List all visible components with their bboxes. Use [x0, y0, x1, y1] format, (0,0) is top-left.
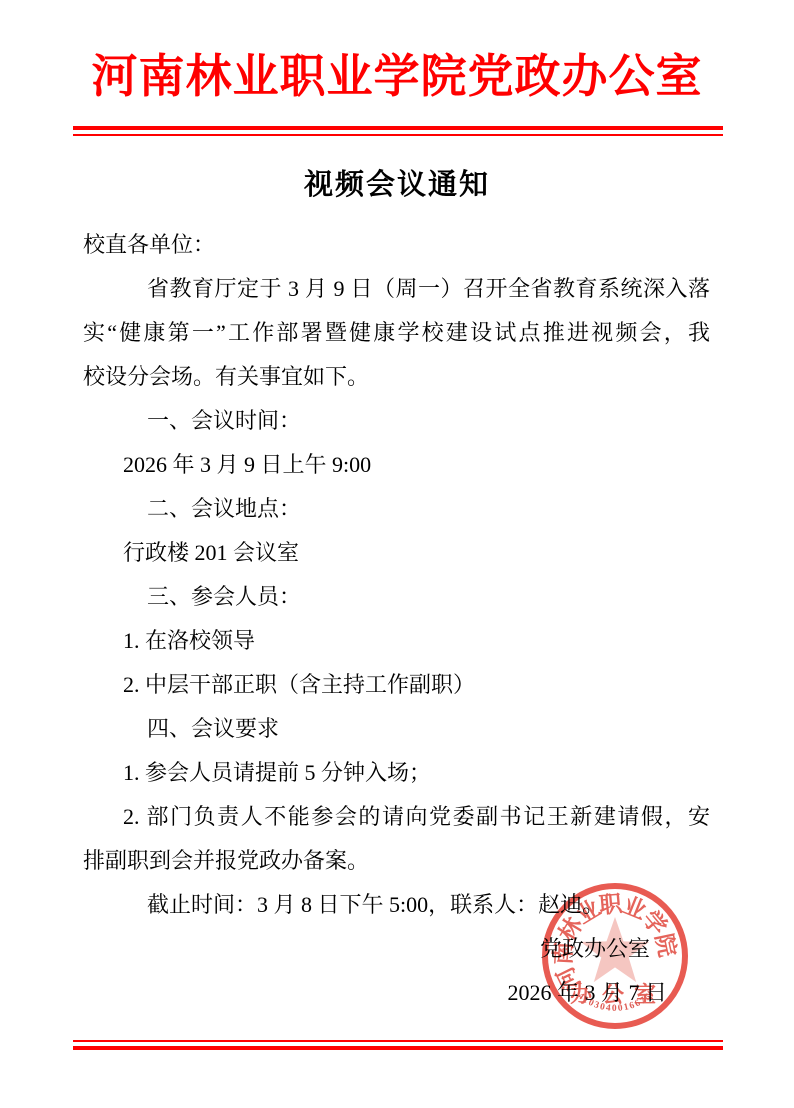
body-line: 2026 年 3 月 9 日上午 9:00 [83, 443, 710, 487]
footer-rule-thick [73, 1046, 723, 1050]
body-line: 2. 中层干部正职（含主持工作副职） [83, 663, 710, 707]
header-rule-thin [73, 134, 723, 136]
body-line-heading-4: 四、会议要求 [83, 707, 710, 751]
body-line-heading-1: 一、会议时间： [83, 399, 710, 443]
notice-document-page: 河南林业职业学院党政办公室 视频会议通知 校直各单位： 省教育厅定于 3 月 9… [0, 0, 794, 1108]
header-rule-thick [73, 126, 723, 130]
body-line-heading-3: 三、参会人员： [83, 575, 710, 619]
body-line: 行政楼 201 会议室 [83, 531, 710, 575]
signature-date: 2026 年 3 月 7 日 [507, 980, 667, 1005]
body-line-salutation: 校直各单位： [83, 223, 710, 267]
signature-date-line: 2026 年 3 月 7 日 [83, 971, 710, 1015]
body-line: 校设分会场。有关事宜如下。 [83, 355, 710, 399]
footer-rule-thin [73, 1040, 723, 1042]
signature-office-line: 党政办公室 [83, 927, 710, 971]
notice-title: 视频会议通知 [0, 162, 794, 203]
body-line: 1. 参会人员请提前 5 分钟入场； [83, 751, 710, 795]
body-line: 排副职到会并报党政办备案。 [83, 839, 710, 883]
org-header-title: 河南林业职业学院党政办公室 [0, 0, 794, 108]
body-line-deadline: 截止时间：3 月 8 日下午 5:00，联系人：赵迪。 [83, 883, 710, 927]
signature-office: 党政办公室 [540, 936, 650, 961]
body-line: 2. 部门负责人不能参会的请向党委副书记王新建请假，安 [83, 795, 710, 839]
body-line: 1. 在洛校领导 [83, 619, 710, 663]
body-line-heading-2: 二、会议地点： [83, 487, 710, 531]
notice-body: 校直各单位： 省教育厅定于 3 月 9 日（周一）召开全省教育系统深入落 实“健… [0, 223, 794, 1015]
body-line: 实“健康第一”工作部署暨健康学校建设试点推进视频会，我 [83, 311, 710, 355]
body-line: 省教育厅定于 3 月 9 日（周一）召开全省教育系统深入落 [83, 267, 710, 311]
